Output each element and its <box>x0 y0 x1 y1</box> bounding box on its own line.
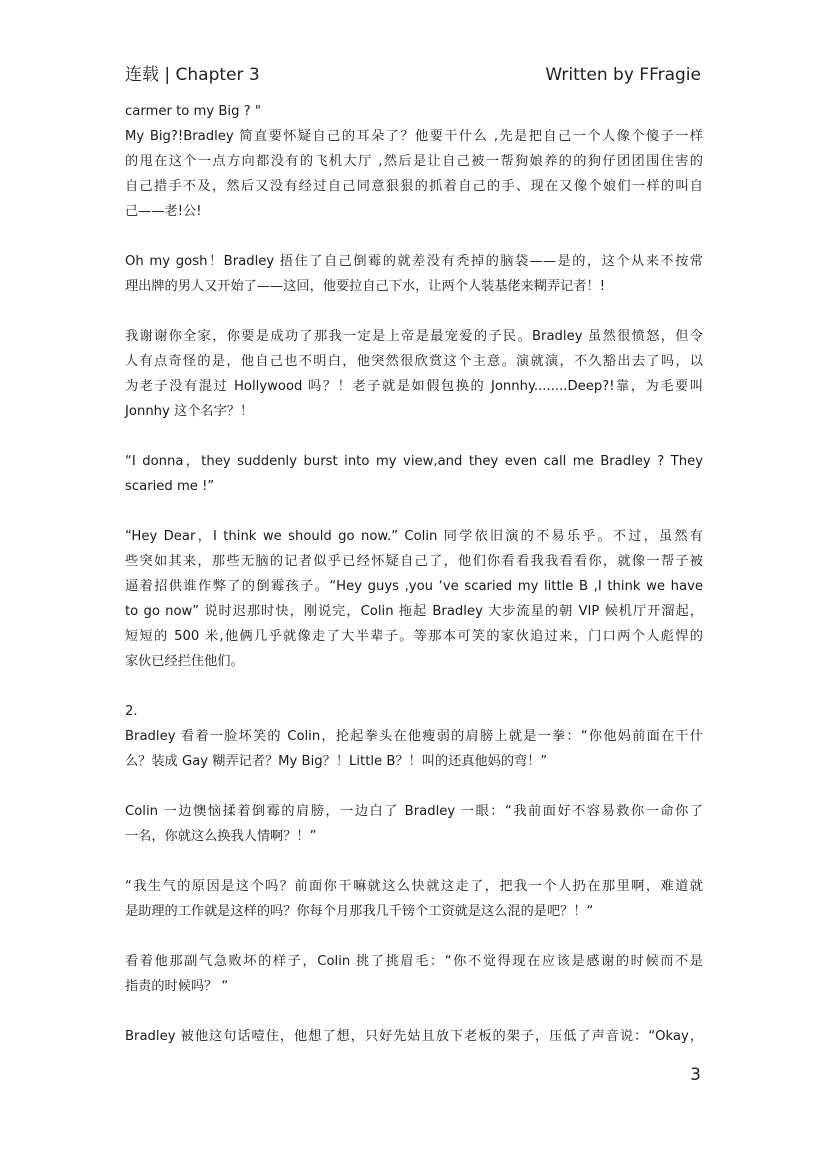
text-line: 理出牌的男人又开始了——这回，他要拉自己下水，让两个人装基佬来糊弄记者！! <box>125 277 703 297</box>
running-header-chapter: 连载 | Chapter 3 <box>125 63 260 87</box>
text-line: 的甩在这个一点方向都没有的飞机大厅 ,然后是让自己被一帮狗娘养的的狗仔团团围住害… <box>125 152 703 172</box>
text-line: 短短的 500 米,他俩几乎就像走了大半辈子。等那本可笑的家伙追过来，门口两个人… <box>125 627 703 647</box>
text-line: Jonnhy 这个名字？！ <box>125 402 703 422</box>
text-line: Bradley 被他这句话噎住，他想了想，只好先姑且放下老板的架子，压低了声音说… <box>125 1027 703 1047</box>
page-number: 3 <box>690 1064 701 1086</box>
text-line: Oh my gosh！Bradley 捂住了自己倒霉的就差没有秃掉的脑袋——是的… <box>125 252 703 272</box>
text-line: to go now” 说时迟那时快，刚说完，Colin 拖起 Bradley 大… <box>125 602 703 622</box>
text-line: 为老子没有混过 Hollywood 吗？！老子就是如假包换的 Jonnhy...… <box>125 377 703 397</box>
text-line: 自己措手不及，然后又没有经过自己同意狠狠的抓着自己的手、现在又像个娘们一样的叫自 <box>125 177 703 197</box>
text-line: Colin 一边懊恼揉着倒霉的肩膀，一边白了 Bradley 一眼：“我前面好不… <box>125 802 703 822</box>
text-line: 么？装成 Gay 糊弄记者？My Big？！Little B？！叫的还真他妈的弯… <box>125 752 703 772</box>
text-line: “I donna，they suddenly burst into my vie… <box>125 452 703 472</box>
text-line: 2. <box>125 702 703 722</box>
text-line: 是助理的工作就是这样的吗？你每个月那我几千镑个工资就是这么混的是吧？！“ <box>125 902 703 922</box>
text-line: 些突如其来，那些无脑的记者似乎已经怀疑自己了，他们你看看我我看看你，就像一帮子被 <box>125 552 703 572</box>
text-line: “Hey Dear，I think we should go now.” Col… <box>125 527 703 547</box>
text-line: 人有点奇怪的是，他自己也不明白，他突然很欣赏这个主意。演就演，不久豁出去了吗，以 <box>125 352 703 372</box>
text-line: Bradley 看着一脸坏笑的 Colin，抡起拳头在他瘦弱的肩膀上就是一拳：“… <box>125 727 703 747</box>
text-line: carmer to my Big ? " <box>125 102 703 122</box>
text-line: 家伙已经拦住他们。 <box>125 652 703 672</box>
running-header-author: Written by FFragie <box>545 63 701 87</box>
text-line: My Big?!Bradley 简直要怀疑自己的耳朵了？他要干什么 ,先是把自己… <box>125 127 703 147</box>
text-line: “我生气的原因是这个吗？前面你干嘛就这么快就这走了，把我一个人扔在那里啊，难道就 <box>125 877 703 897</box>
text-line: 逼着招供谁作弊了的倒霉孩子。“Hey guys ,you ‘ve scaried… <box>125 577 703 597</box>
text-line: 看着他那副气急败坏的样子，Colin 挑了挑眉毛：“你不觉得现在应该是感谢的时候… <box>125 952 703 972</box>
text-line: scaried me !” <box>125 477 703 497</box>
text-line: 一名，你就这么换我人情啊？！” <box>125 827 703 847</box>
text-line: 己——老!公! <box>125 202 703 222</box>
text-line: 我谢谢你全家，你要是成功了那我一定是上帝是最宠爱的子民。Bradley 虽然很愤… <box>125 327 703 347</box>
text-line: 指责的时候吗？ “ <box>125 977 703 997</box>
